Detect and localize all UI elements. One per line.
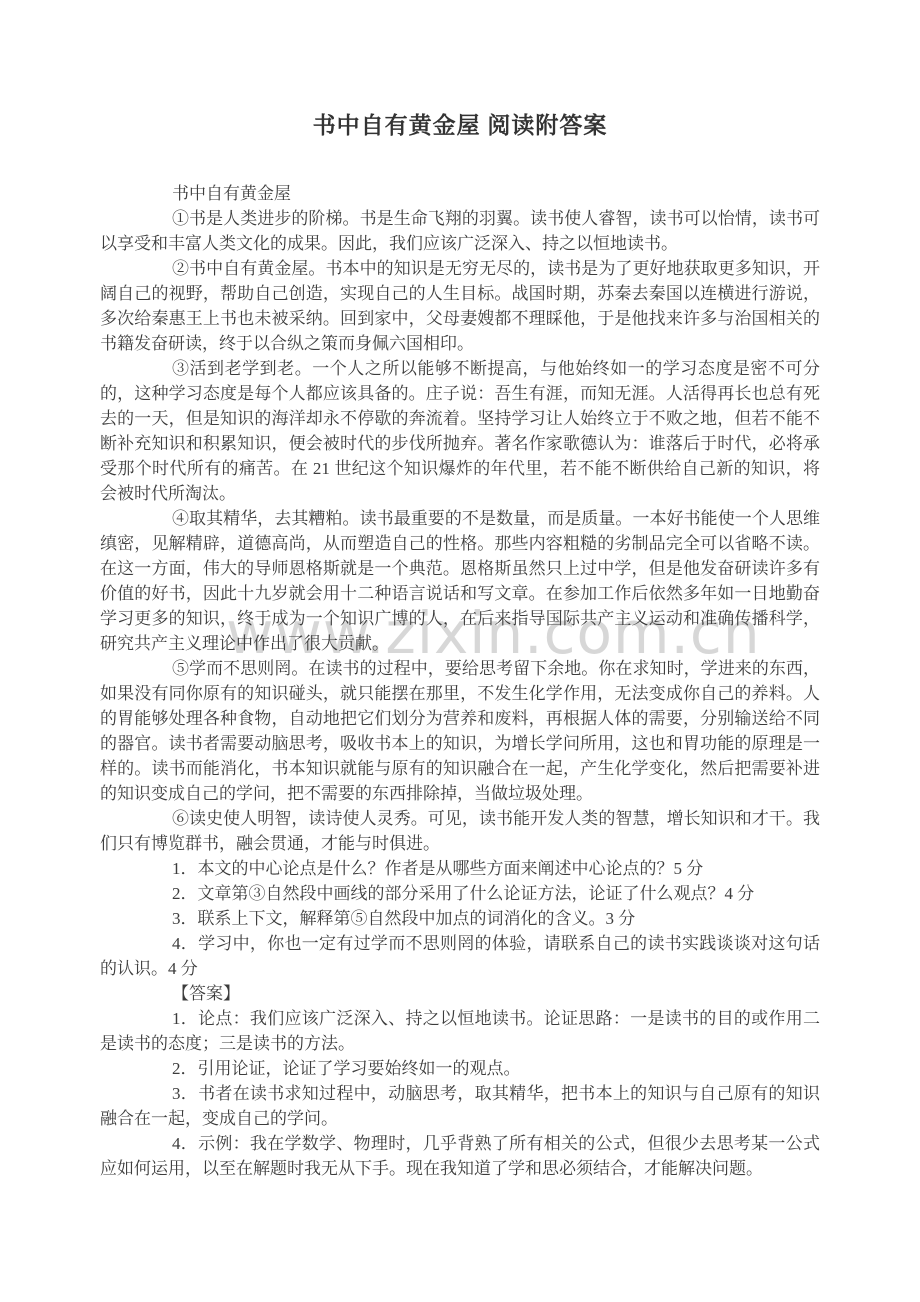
paragraph-6: ⑥读史使人明智，读诗使人灵秀。可见，读书能开发人类的智慧，增长知识和才干。我们只… <box>100 806 820 856</box>
paragraph-5: ⑤学而不思则罔。在读书的过程中，要给思考留下余地。你在求知时，学进来的东西，如果… <box>100 656 820 806</box>
question-2: 2．文章第③自然段中画线的部分采用了什么论证方法，论证了什么观点？4 分 <box>100 881 820 906</box>
document-page: www.zixin.com.cn 书中自有黄金屋 阅读附答案 书中自有黄金屋 ①… <box>0 0 920 1302</box>
paragraph-4: ④取其精华，去其糟粕。读书最重要的不是数量，而是质量。一本好书能使一个人思维缜密… <box>100 506 820 656</box>
answer-4: 4．示例：我在学数学、物理时，几乎背熟了所有相关的公式，但很少去思考某一公式应如… <box>100 1131 820 1181</box>
paragraph-1: ①书是人类进步的阶梯。书是生命飞翔的羽翼。读书使人睿智，读书可以怡情，读书可以享… <box>100 206 820 256</box>
paragraph-2: ②书中自有黄金屋。书本中的知识是无穷无尽的，读书是为了更好地获取更多知识，开阔自… <box>100 256 820 356</box>
article-body: 书中自有黄金屋 ①书是人类进步的阶梯。书是生命飞翔的羽翼。读书使人睿智，读书可以… <box>100 181 820 1181</box>
question-1: 1．本文的中心论点是什么？作者是从哪些方面来阐述中心论点的？5 分 <box>100 856 820 881</box>
answers-label: 【答案】 <box>100 981 820 1006</box>
answer-3: 3．书者在读书求知过程中，动脑思考，取其精华，把书本上的知识与自己原有的知识融合… <box>100 1081 820 1131</box>
page-title: 书中自有黄金屋 阅读附答案 <box>0 110 920 142</box>
article-heading: 书中自有黄金屋 <box>100 181 820 206</box>
paragraph-3: ③活到老学到老。一个人之所以能够不断提高，与他始终如一的学习态度是密不可分的，这… <box>100 356 820 506</box>
question-4: 4．学习中，你也一定有过学而不思则罔的体验，请联系自己的读书实践谈谈对这句话的认… <box>100 931 820 981</box>
answer-2: 2．引用论证，论证了学习要始终如一的观点。 <box>100 1056 820 1081</box>
answer-1: 1．论点：我们应该广泛深入、持之以恒地读书。论证思路：一是读书的目的或作用二是读… <box>100 1006 820 1056</box>
question-3: 3．联系上下文，解释第⑤自然段中加点的词消化的含义。3 分 <box>100 906 820 931</box>
